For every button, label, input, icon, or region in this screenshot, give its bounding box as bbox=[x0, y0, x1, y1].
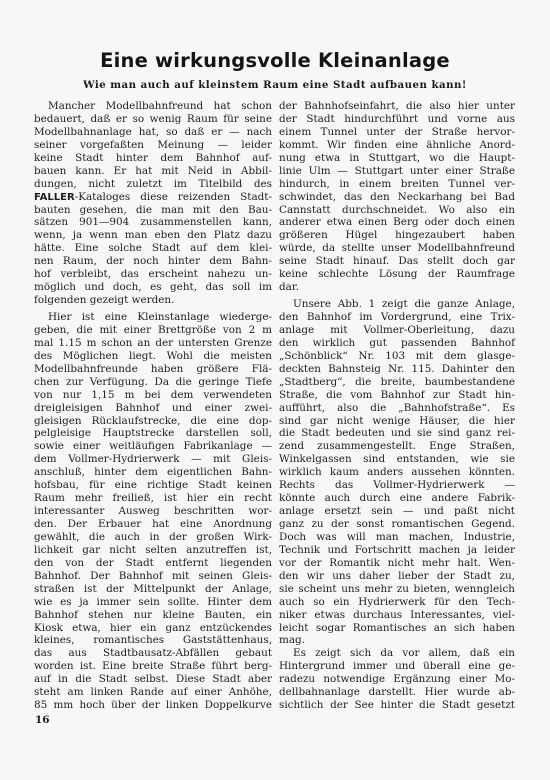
text-line: hätte. Eine solche Stadt auf dem klei- bbox=[34, 242, 272, 255]
text-line: Bahnhof stehen nur kleine Bauten, ein bbox=[34, 609, 272, 622]
text-line: anlage mit Vollmer-Oberleitung, dazu bbox=[279, 324, 515, 337]
text-line: seiner vorgefaßten Meinung — leider bbox=[34, 139, 272, 152]
text-line: bauen kann. Er hat mit Neid in Abbil- bbox=[34, 165, 272, 178]
text-line: Kiosk etwa, hier ein ganz entzückendes bbox=[34, 622, 272, 635]
text-line: dreigleisigen Bahnhof und einer zwei- bbox=[34, 402, 272, 415]
text-line: ganz zu der sonst romantischen Gegend. bbox=[279, 518, 515, 531]
text-line: lichkeit gar nicht selten anzutreffen is… bbox=[34, 544, 272, 557]
page-number: 16 bbox=[35, 714, 50, 726]
text-line: könnte auch durch eine andere Fabrik- bbox=[279, 492, 515, 505]
text-line: Straße, die vom Bahnhof zur Stadt hin- bbox=[279, 389, 515, 402]
text-line: zend zusammengestellt. Enge Straßen, bbox=[279, 440, 515, 453]
text-line: anschluß, hinter dem eigentlichen Bahn- bbox=[34, 466, 272, 479]
text-line: von nur 1,15 m bei dem verwendeten bbox=[34, 389, 272, 402]
text-line: interessanter Ausweg beschritten wor- bbox=[34, 505, 272, 518]
text-line: Unsere Abb. 1 zeigt die ganze Anlage, bbox=[279, 298, 515, 311]
text-line: hofsbau, für eine richtige Stadt keinen bbox=[34, 479, 272, 492]
paragraph: Es zeigt sich da vor allem, daß ein Hint… bbox=[279, 647, 515, 712]
text-line: aufführt, also die „Bahnhofstraße“. Es bbox=[279, 402, 515, 415]
text-line: dellbahnanlage darstellt. Hier wurde ab- bbox=[279, 686, 515, 699]
text-line: sichtlich der See hinter die Stadt geset… bbox=[279, 699, 515, 712]
text-line: auf in die Stadt selbst. Diese Stadt abe… bbox=[34, 673, 272, 686]
text-line: sind gar nicht wenige Häuser, die hier bbox=[279, 415, 515, 428]
text-line: der Bahnhofseinfahrt, die also hier unte… bbox=[279, 100, 515, 113]
text-line: Winkelgassen sind entstanden, wie sie bbox=[279, 453, 515, 466]
paragraph: Hier ist eine Kleinstanlage wiederge- ge… bbox=[34, 311, 272, 712]
text-line: deckten Bahnsteig Nr. 115. Dahinter den bbox=[279, 363, 515, 376]
text-line: einem Tunnel unter der Straße hervor- bbox=[279, 126, 515, 139]
text-line: würde, da stellte unser Modellbahnfreund bbox=[279, 242, 515, 255]
text-line: worden ist. Eine breite Straße führt ber… bbox=[34, 660, 272, 673]
paragraph: Unsere Abb. 1 zeigt die ganze Anlage, de… bbox=[279, 298, 515, 647]
text-line: folgenden gezeigt werden. bbox=[34, 294, 272, 307]
text-line: leicht sogar Romantisches an sich haben bbox=[279, 622, 515, 635]
text-line: mag. bbox=[279, 634, 515, 647]
text-line: den. Der Erbauer hat eine Anordnung bbox=[34, 518, 272, 531]
text-line: seine Stadt hinauf. Das stellt doch gar bbox=[279, 255, 515, 268]
text-line: dungen, nicht zuletzt im Titelbild des bbox=[34, 178, 272, 191]
text-line: dar. bbox=[279, 281, 515, 294]
text-line: den wir uns daher lieber der Stadt zu, bbox=[279, 570, 515, 583]
text-line: des Möglichen liegt. Wohl die meisten bbox=[34, 350, 272, 363]
text-line: das aus Stadtbausatz-Abfällen gebaut bbox=[34, 647, 272, 660]
article-title: Eine wirkungsvolle Kleinanlage bbox=[0, 49, 550, 72]
text-line: „Schönblick“ Nr. 103 mit dem glasge- bbox=[279, 350, 515, 363]
text-line: anlage ersetzt sein — und paßt nicht bbox=[279, 505, 515, 518]
text-line: dem Vollmer-Hydrierwerk — mit Gleis- bbox=[34, 453, 272, 466]
article-subtitle: Wie man auch auf kleinstem Raum eine Sta… bbox=[0, 79, 550, 91]
text-line: straßen ist der Mittelpunkt der Anlage, bbox=[34, 583, 272, 596]
text-line: wirklich kaum anders aussehen könnten. bbox=[279, 466, 515, 479]
text-line: gewählt, die auch in der großen Wirk- bbox=[34, 531, 272, 544]
text-line: Modellbahnanlage hat, so daß er — nach bbox=[34, 126, 272, 139]
left-column: Mancher Modellbahnfreund hat schon bedau… bbox=[34, 100, 272, 712]
text-line: der Stadt hindurchführt und vorne aus bbox=[279, 113, 515, 126]
text-line: mal 1.15 m schon an der untersten Grenze bbox=[34, 337, 272, 350]
paragraph: der Bahnhofseinfahrt, die also hier unte… bbox=[279, 100, 515, 294]
text-line: bedauert, daß er so wenig Raum für seine bbox=[34, 113, 272, 126]
text-line: auch so ein Hydrierwerk für den Tech- bbox=[279, 596, 515, 609]
text-line: nen Raum, der noch hinter dem Bahn- bbox=[34, 255, 272, 268]
text-line: steht am linken Rande auf einer Anhöhe, bbox=[34, 686, 272, 699]
text-line: 85 mm hoch über der linken Doppelkurve bbox=[34, 699, 272, 712]
right-column: der Bahnhofseinfahrt, die also hier unte… bbox=[279, 100, 515, 712]
text-line: sowie einer weitläufigen Fabrikanlage — bbox=[34, 440, 272, 453]
text-line: den Bahnhof im Vordergrund, eine Trix- bbox=[279, 311, 515, 324]
text-line: sie scheint uns mehr zu bieten, wennglei… bbox=[279, 583, 515, 596]
text-line: schwindet, das den Neckarhang bei Bad bbox=[279, 191, 515, 204]
text-line: Raum mehr freiließ, ist hier ein recht bbox=[34, 492, 272, 505]
text-line: gleisigen Rücklaufstrecke, die eine dop- bbox=[34, 415, 272, 428]
text-line: Hintergrund immer und überall eine ge- bbox=[279, 660, 515, 673]
text-line: die Stadt bedeuten und sie sind ganz rei… bbox=[279, 427, 515, 440]
text-line: niker etwas durchaus Interessantes, viel… bbox=[279, 609, 515, 622]
text-line: nung etwa in Stuttgart, wo die Haupt- bbox=[279, 152, 515, 165]
text-line: „Stadtberg“, die breite, baumbestandene bbox=[279, 376, 515, 389]
text-line: Bahnhof. Der Bahnhof mit seinen Gleis- bbox=[34, 570, 272, 583]
text-line: möglich und doch, es geht, das soll im bbox=[34, 281, 272, 294]
text-line: den wirklich gut passenden Bahnhof bbox=[279, 337, 515, 350]
text-line: größeren Hügel hingezaubert haben bbox=[279, 229, 515, 242]
text-line: anderer etwa einen Berg oder doch einen bbox=[279, 216, 515, 229]
text-line: kleines, romantisches Gaststättenhaus, bbox=[34, 634, 272, 647]
text-line: pelgleisige Hauptstrecke darstellen soll… bbox=[34, 427, 272, 440]
brand-name: FALLER bbox=[34, 192, 75, 203]
text-line: hindurch, in einem breiten Tunnel ver- bbox=[279, 178, 515, 191]
text-line: bauten gesehen, die man mit den Bau- bbox=[34, 204, 272, 217]
text-line: keine Stadt hinter dem Bahnhof auf- bbox=[34, 152, 272, 165]
text-line: Mancher Modellbahnfreund hat schon bbox=[34, 100, 272, 113]
text-line: chen zur Verfügung. Da die geringe Tiefe bbox=[34, 376, 272, 389]
text-line: wenn, ja wenn man eben den Platz dazu bbox=[34, 229, 272, 242]
text-line: kommt. Wir finden eine ähnliche Anord- bbox=[279, 139, 515, 152]
text-line: linie Ulm — Stuttgart unter einer Straße bbox=[279, 165, 515, 178]
text-line: Technik und Fortschritt machen ja leider bbox=[279, 544, 515, 557]
paragraph: Mancher Modellbahnfreund hat schon bedau… bbox=[34, 100, 272, 307]
text-line: radezu notwendige Ergänzung einer Mo- bbox=[279, 673, 515, 686]
text-line: Es zeigt sich da vor allem, daß ein bbox=[279, 647, 515, 660]
text-line: Hier ist eine Kleinstanlage wiederge- bbox=[34, 311, 272, 324]
text-line: hof verbleibt, das erscheint nahezu un- bbox=[34, 268, 272, 281]
text-line: Doch was will man machen, Industrie, bbox=[279, 531, 515, 544]
text-line: Modellbahnfreunde haben größere Flä- bbox=[34, 363, 272, 376]
text-line: geben, die mit einer Brettgröße von 2 m bbox=[34, 324, 272, 337]
text-line: vor der Romantik nicht mehr halt. Wen- bbox=[279, 557, 515, 570]
text-line: wie es ja immer sein sollte. Hinter dem bbox=[34, 596, 272, 609]
text-line: den von der Stadt entfernt liegenden bbox=[34, 557, 272, 570]
text-line: FALLER-Kataloges diese reizenden Stadt- bbox=[34, 191, 272, 204]
text-line: Rechts das Vollmer-Hydrierwerk — bbox=[279, 479, 515, 492]
text-line: sätzen 901—904 zusammenstellen kann, bbox=[34, 216, 272, 229]
text-line: keine schlechte Lösung der Raumfrage bbox=[279, 268, 515, 281]
text-line: Cannstatt durchschneidet. Wo also ein bbox=[279, 204, 515, 217]
